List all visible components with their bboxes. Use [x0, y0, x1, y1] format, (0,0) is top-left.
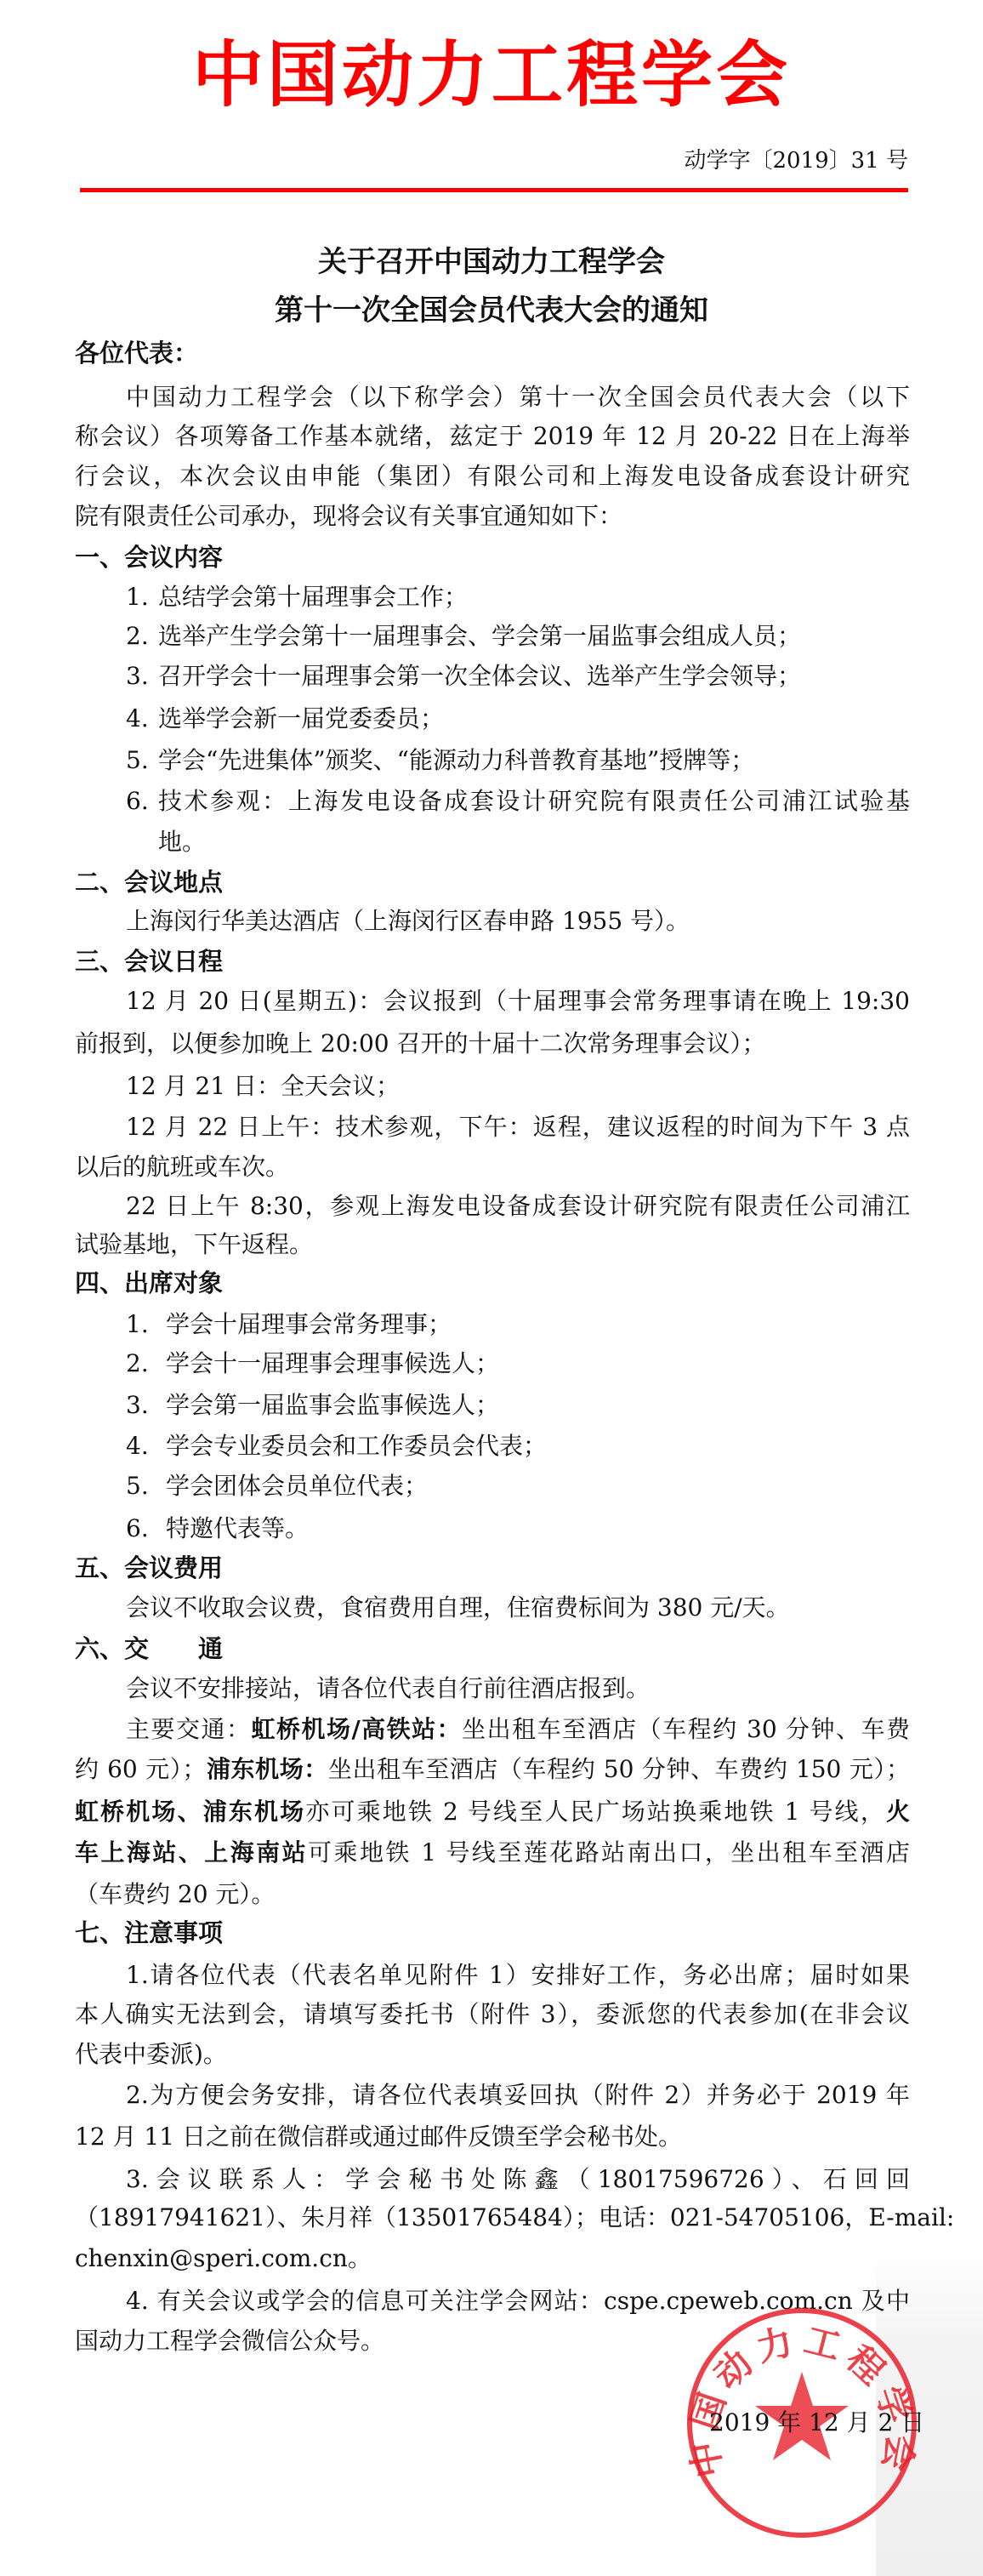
transport-detail: 约 60 元）； [75, 1755, 206, 1783]
list-item-text: 技术参观：上海发电设备成套设计研究院有限责任公司浦江试验基 [158, 784, 910, 818]
intro-line: 行会议，本次会议由申能（集团）有限公司和上海发电设备成套设计研究 [75, 459, 910, 493]
transport-hub-pudong: 浦东机场： [206, 1755, 328, 1783]
list-item-number: 5. [126, 744, 149, 778]
list-item-number: 1. [126, 580, 149, 614]
schedule-line: 12 月 22 日上午：技术参观，下午：返程，建议返程的时间为下午 3 点 [126, 1110, 910, 1144]
section-heading-transport: 六、交 通 [75, 1632, 910, 1666]
list-item-text: 学会第一届监事会监事候选人； [166, 1388, 499, 1422]
schedule-line: 试验基地，下午返程。 [75, 1228, 910, 1262]
list-item-number: 6. [126, 1512, 149, 1546]
section-heading-attendees: 四、出席对象 [75, 1266, 910, 1300]
notes-email: chenxin@speri.com.cn。 [75, 2242, 910, 2276]
section-heading-notes: 七、注意事项 [75, 1916, 910, 1950]
notice-title-line1: 关于召开中国动力工程学会 [0, 243, 983, 281]
schedule-line: 以后的航班或车次。 [75, 1150, 910, 1184]
section-heading-schedule: 三、会议日程 [75, 944, 910, 978]
intro-line: 院有限责任公司承办，现将会议有关事宜通知如下： [75, 499, 910, 533]
notes-line: （18917941621）、朱月祥（13501765484）；电话：021-54… [75, 2201, 910, 2235]
notes-line: 3.会议联系人：学会秘书处陈鑫（18017596726）、石回回 [126, 2163, 910, 2197]
letterhead-divider [80, 188, 908, 192]
list-item-text: 学会“先进集体”颁奖、“能源动力科普教育基地”授牌等； [158, 744, 754, 778]
transport-text: 会议不安排接站，请各位代表自行前往酒店报到。 [126, 1672, 910, 1706]
list-item-text: 学会团体会员单位代表； [166, 1469, 428, 1503]
list-item-number: 4. [126, 1429, 149, 1463]
fees-text: 会议不收取会议费，食宿费用自理，住宿费标间为 380 元/天。 [126, 1591, 910, 1625]
transport-label: 主要交通： [126, 1715, 251, 1743]
list-item-number: 4. [126, 702, 149, 736]
list-item-text-continued: 地。 [158, 825, 206, 859]
list-item-number: 3. [126, 659, 149, 693]
venue-text: 上海闵行华美达酒店（上海闵行区春申路 1955 号）。 [126, 904, 910, 938]
list-item-text: 总结学会第十届理事会工作； [158, 580, 468, 614]
intro-line: 称会议）各项筹备工作基本就绪，兹定于 2019 年 12 月 20-22 日在上… [75, 419, 910, 453]
section-heading-fees: 五、会议费用 [75, 1551, 910, 1585]
transport-text: 主要交通：虹桥机场/高铁站：坐出租车至酒店（车程约 30 分钟、车费 [126, 1713, 910, 1747]
transport-text: 虹桥机场、浦东机场亦可乘地铁 2 号线至人民广场站换乘地铁 1 号线，火 [75, 1795, 910, 1829]
notes-line: 代表中委派)。 [75, 2037, 910, 2072]
transport-text: （车费约 20 元）。 [75, 1878, 910, 1912]
notes-line: 本人确实无法到会，请填写委托书（附件 3），委派您的代表参加(在非会议 [75, 1998, 910, 2032]
list-item-text: 选举产生学会第十一届理事会、学会第一届监事会组成人员； [158, 619, 801, 653]
list-item-text: 学会十届理事会常务理事； [166, 1308, 452, 1342]
schedule-line: 12 月 20 日(星期五)：会议报到（十届理事会常务理事请在晚上 19:30 [126, 984, 910, 1018]
section-heading-venue: 二、会议地点 [75, 865, 910, 899]
transport-hub-airports: 虹桥机场、浦东机场 [75, 1798, 305, 1826]
list-item-number: 5. [126, 1469, 149, 1503]
list-item-text: 学会十一届理事会理事候选人； [166, 1347, 499, 1381]
list-item-text: 选举学会新一届党委委员； [158, 702, 444, 736]
intro-line: 中国动力工程学会（以下称学会）第十一次全国会员代表大会（以下 [126, 380, 910, 414]
transport-detail: 可乘地铁 1 号线至莲花路站南出口，坐出租车至酒店 [308, 1838, 910, 1866]
transport-hub-rail: 火 [886, 1798, 910, 1826]
document-page: 中国动力工程学会 动学字〔2019〕31 号 关于召开中国动力工程学会 第十一次… [0, 0, 983, 2576]
schedule-line: 12 月 21 日：全天会议； [126, 1069, 910, 1103]
list-item-text: 特邀代表等。 [166, 1512, 309, 1546]
list-item-number: 2. [126, 1347, 149, 1381]
transport-text: 约 60 元）；浦东机场：坐出租车至酒店（车程约 50 分钟、车费约 150 元… [75, 1752, 910, 1787]
schedule-line: 22 日上午 8:30，参观上海发电设备成套设计研究院有限责任公司浦江 [126, 1189, 910, 1223]
letterhead-org-name: 中国动力工程学会 [0, 32, 983, 117]
transport-hub-rail: 车上海站、上海南站 [75, 1838, 308, 1866]
list-item-number: 6. [126, 784, 149, 818]
salutation: 各位代表： [75, 336, 910, 370]
notes-line: 2.为方便会务安排，请各位代表填妥回执（附件 2）并务必于 2019 年 [126, 2078, 910, 2112]
notice-title-line2: 第十一次全国会员代表大会的通知 [0, 292, 983, 329]
transport-hub-hongqiao: 虹桥机场/高铁站： [251, 1715, 462, 1743]
notes-line: 12 月 11 日之前在微信群或通过邮件反馈至学会秘书处。 [75, 2120, 910, 2154]
transport-detail: 坐出租车至酒店（车程约 50 分钟、车费约 150 元）； [328, 1755, 910, 1783]
issue-date: 2019 年 12 月 2 日 [709, 2406, 924, 2440]
list-item-number: 3. [126, 1388, 149, 1422]
notes-line: 1.请各位代表（代表名单见附件 1）安排好工作，务必出席；届时如果 [126, 1958, 910, 1992]
schedule-line: 前报到，以便参加晚上 20:00 召开的十届十二次常务理事会议）； [75, 1027, 910, 1061]
list-item-text: 召开学会十一届理事会第一次全体会议、选举产生学会领导； [158, 659, 801, 693]
document-number: 动学字〔2019〕31 号 [684, 146, 908, 175]
transport-text: 车上海站、上海南站可乘地铁 1 号线至莲花路站南出口，坐出租车至酒店 [75, 1836, 910, 1870]
transport-detail: 坐出租车至酒店（车程约 30 分钟、车费 [462, 1715, 910, 1743]
transport-detail: 亦可乘地铁 2 号线至人民广场站换乘地铁 1 号线， [305, 1798, 886, 1826]
list-item-number: 2. [126, 619, 149, 653]
section-heading-content: 一、会议内容 [75, 540, 910, 574]
list-item-text: 学会专业委员会和工作委员会代表； [166, 1429, 547, 1463]
list-item-number: 1. [126, 1308, 149, 1342]
